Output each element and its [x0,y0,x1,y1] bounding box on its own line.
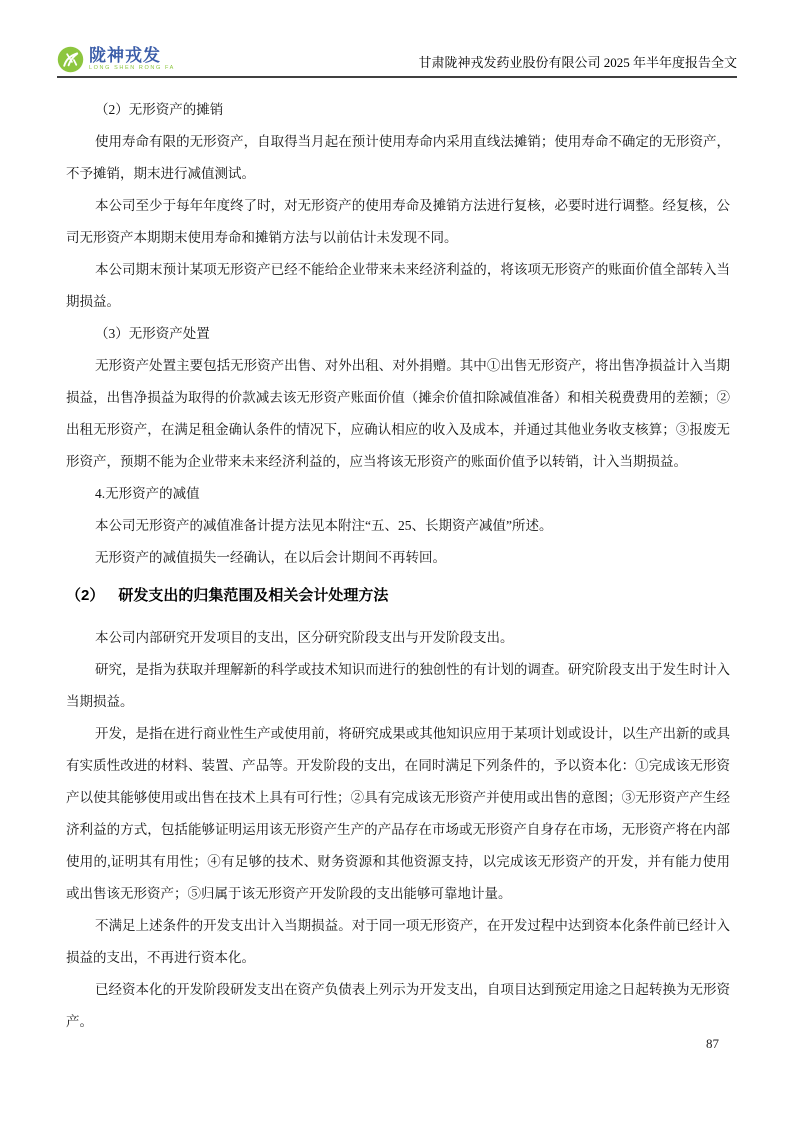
paragraph: 本公司无形资产的减值准备计提方法见本附注“五、25、长期资产减值”所述。 [66,510,730,542]
paragraph: 使用寿命有限的无形资产，自取得当月起在预计使用寿命内采用直线法摊销；使用寿命不确… [66,126,730,190]
subsection-title-impairment: 4.无形资产的减值 [66,478,730,510]
logo-brand-cn: 陇神戎发 [89,47,175,64]
subsection-title-disposal: （3）无形资产处置 [66,318,730,350]
logo-brand-en: LONG SHEN RONG FA [89,66,175,72]
paragraph: 不满足上述条件的开发支出计入当期损益。对于同一项无形资产，在开发过程中达到资本化… [66,910,730,974]
paragraph: 无形资产处置主要包括无形资产出售、对外出租、对外捐赠。其中①出售无形资产，将出售… [66,350,730,478]
logo-text: 陇神戎发 LONG SHEN RONG FA [89,47,175,72]
page-header: 陇神戎发 LONG SHEN RONG FA 甘肃陇神戎发药业股份有限公司 20… [57,42,737,78]
page-number: 87 [706,1036,719,1052]
paragraph: 研究，是指为获取并理解新的科学或技术知识而进行的独创性的有计划的调查。研究阶段支… [66,654,730,718]
paragraph: 本公司内部研究开发项目的支出，区分研究阶段支出与开发阶段支出。 [66,622,730,654]
section-heading-number: （2） [66,587,104,604]
section-heading-rd-expenditure: （2）研发支出的归集范围及相关会计处理方法 [66,580,730,612]
company-logo: 陇神戎发 LONG SHEN RONG FA [57,46,175,73]
subsection-title-amortization: （2）无形资产的摊销 [66,94,730,126]
logo-icon [57,46,84,73]
paragraph: 无形资产的减值损失一经确认，在以后会计期间不再转回。 [66,542,730,574]
document-title: 甘肃陇神戎发药业股份有限公司 2025 年半年度报告全文 [418,52,737,73]
section-heading-text: 研发支出的归集范围及相关会计处理方法 [118,587,388,604]
paragraph: 本公司期末预计某项无形资产已经不能给企业带来未来经济利益的，将该项无形资产的账面… [66,254,730,318]
paragraph: 开发，是指在进行商业性生产或使用前，将研究成果或其他知识应用于某项计划或设计，以… [66,718,730,910]
document-body: （2）无形资产的摊销 使用寿命有限的无形资产，自取得当月起在预计使用寿命内采用直… [66,80,730,1038]
report-page: 陇神戎发 LONG SHEN RONG FA 甘肃陇神戎发药业股份有限公司 20… [0,0,793,1122]
paragraph: 本公司至少于每年年度终了时，对无形资产的使用寿命及摊销方法进行复核，必要时进行调… [66,190,730,254]
paragraph: 已经资本化的开发阶段研发支出在资产负债表上列示为开发支出，自项目达到预定用途之日… [66,974,730,1038]
